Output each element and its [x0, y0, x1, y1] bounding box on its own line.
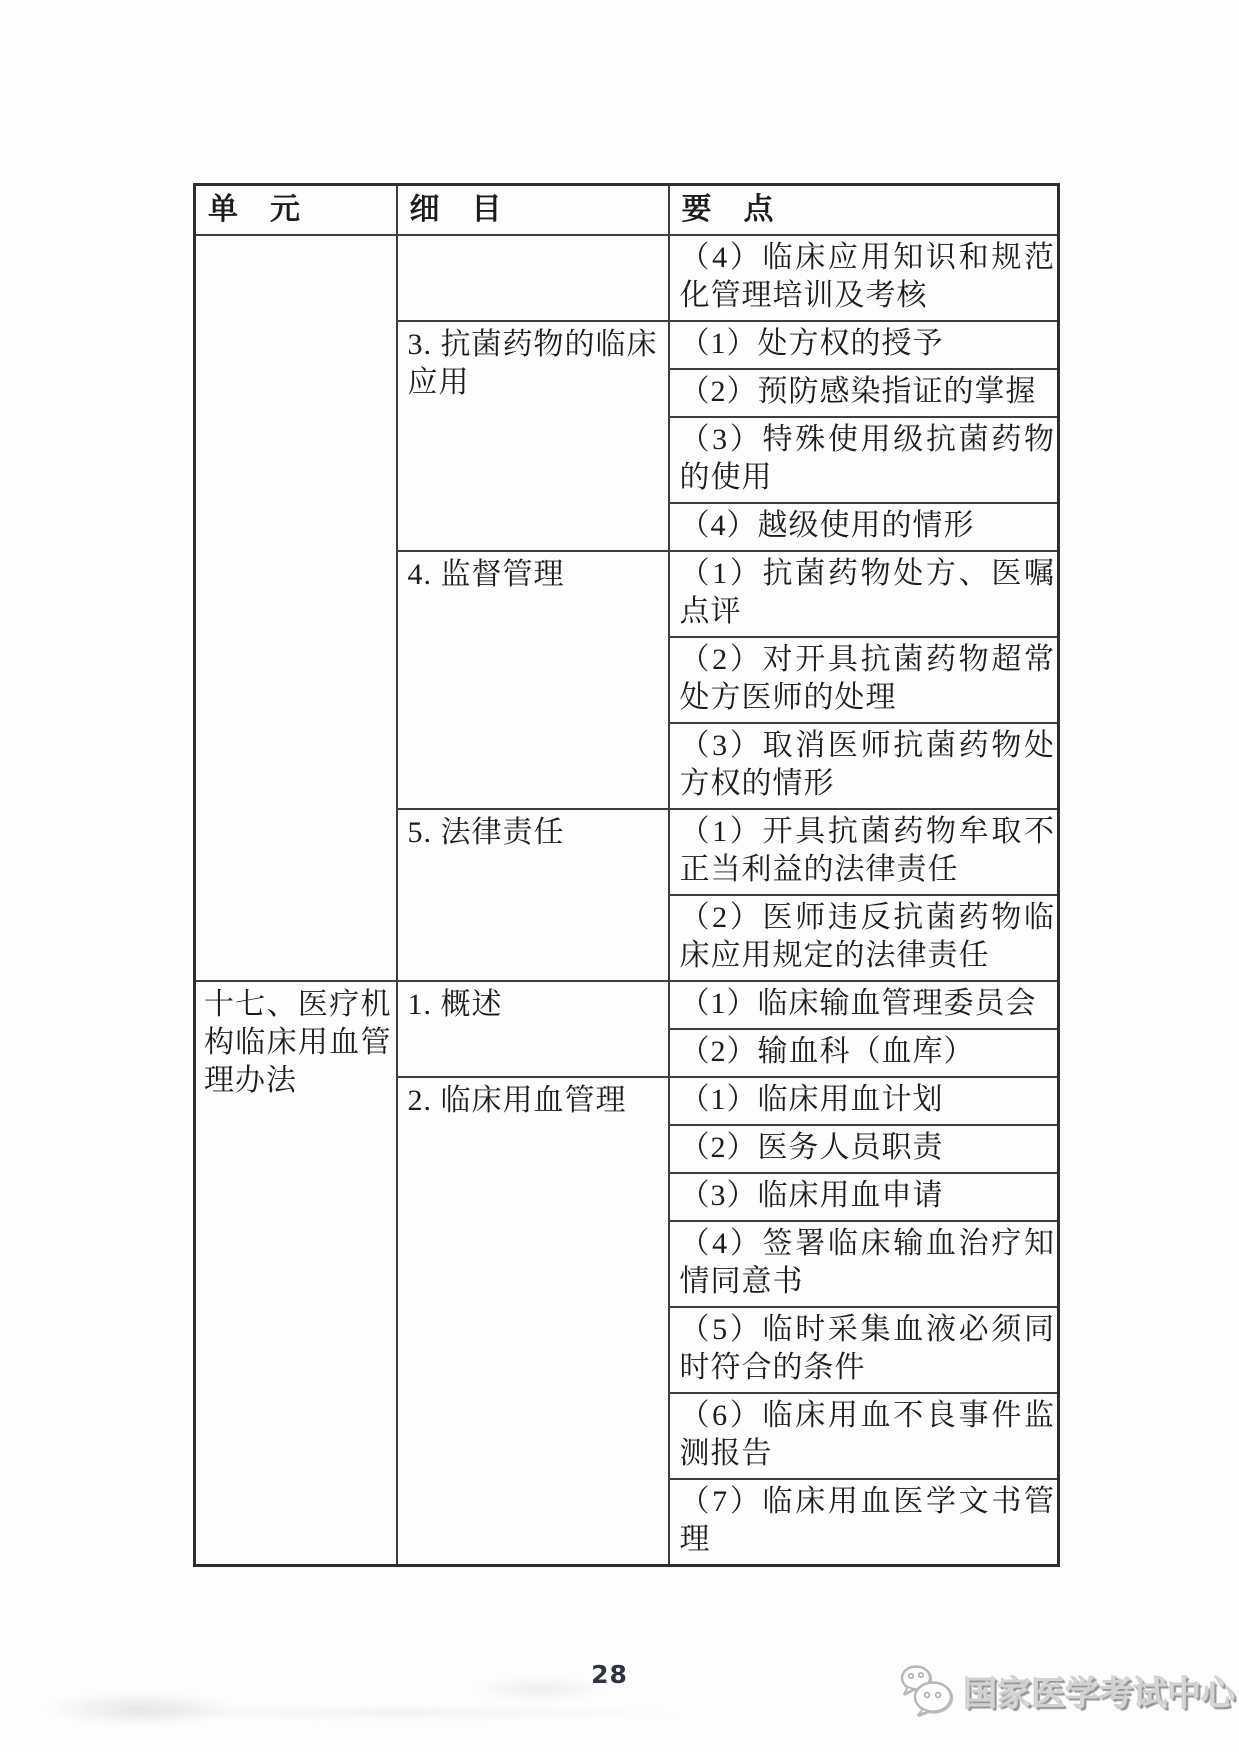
- point-cell: （2）预防感染指证的掌握: [669, 369, 1059, 417]
- wechat-bubbles-icon: [899, 1664, 955, 1716]
- col-header-detail: 细 目: [397, 185, 669, 236]
- scan-smudge: [40, 1692, 240, 1726]
- watermark: 国家医学考试中心: [899, 1664, 1235, 1716]
- point-cell: （5）临时采集血液必须同时符合的条件: [669, 1307, 1059, 1393]
- detail-cell: 1. 概述: [397, 981, 669, 1077]
- document-page: 单 元 细 目 要 点 （4）临床应用知识和规范化管理培训及考核 3. 抗菌药物…: [0, 0, 1239, 1752]
- unit-cell: 十七、医疗机构临床用血管理办法: [195, 981, 397, 1566]
- detail-cell-continued: [397, 235, 669, 321]
- point-cell: （2）医务人员职责: [669, 1125, 1059, 1173]
- detail-cell: 2. 临床用血管理: [397, 1077, 669, 1566]
- unit-cell-continued: [195, 235, 397, 981]
- point-cell: （1）抗菌药物处方、医嘱点评: [669, 551, 1059, 637]
- point-cell: （2）医师违反抗菌药物临床应用规定的法律责任: [669, 895, 1059, 981]
- detail-cell: 4. 监督管理: [397, 551, 669, 809]
- table-header-row: 单 元 细 目 要 点: [195, 185, 1059, 236]
- point-cell: （1）处方权的授予: [669, 321, 1059, 369]
- point-cell: （2）对开具抗菌药物超常处方医师的处理: [669, 637, 1059, 723]
- col-header-unit: 单 元: [195, 185, 397, 236]
- detail-cell: 5. 法律责任: [397, 809, 669, 981]
- table-row: 十七、医疗机构临床用血管理办法 1. 概述 （1）临床输血管理委员会: [195, 981, 1059, 1029]
- point-cell: （3）取消医师抗菌药物处方权的情形: [669, 723, 1059, 809]
- point-cell: （1）临床用血计划: [669, 1077, 1059, 1125]
- scan-smudge: [120, 1706, 680, 1720]
- point-cell: （4）临床应用知识和规范化管理培训及考核: [669, 235, 1059, 321]
- point-cell: （1）开具抗菌药物牟取不正当利益的法律责任: [669, 809, 1059, 895]
- watermark-text: 国家医学考试中心: [963, 1666, 1235, 1715]
- point-cell: （1）临床输血管理委员会: [669, 981, 1059, 1029]
- point-cell: （4）签署临床输血治疗知情同意书: [669, 1221, 1059, 1307]
- point-cell: （3）临床用血申请: [669, 1173, 1059, 1221]
- col-header-points: 要 点: [669, 185, 1059, 236]
- table-row: （4）临床应用知识和规范化管理培训及考核: [195, 235, 1059, 321]
- point-cell: （2）输血科（血库）: [669, 1029, 1059, 1077]
- detail-cell: 3. 抗菌药物的临床应用: [397, 321, 669, 551]
- point-cell: （6）临床用血不良事件监测报告: [669, 1393, 1059, 1479]
- syllabus-table: 单 元 细 目 要 点 （4）临床应用知识和规范化管理培训及考核 3. 抗菌药物…: [193, 183, 1060, 1567]
- point-cell: （4）越级使用的情形: [669, 503, 1059, 551]
- point-cell: （3）特殊使用级抗菌药物的使用: [669, 417, 1059, 503]
- point-cell: （7）临床用血医学文书管理: [669, 1479, 1059, 1566]
